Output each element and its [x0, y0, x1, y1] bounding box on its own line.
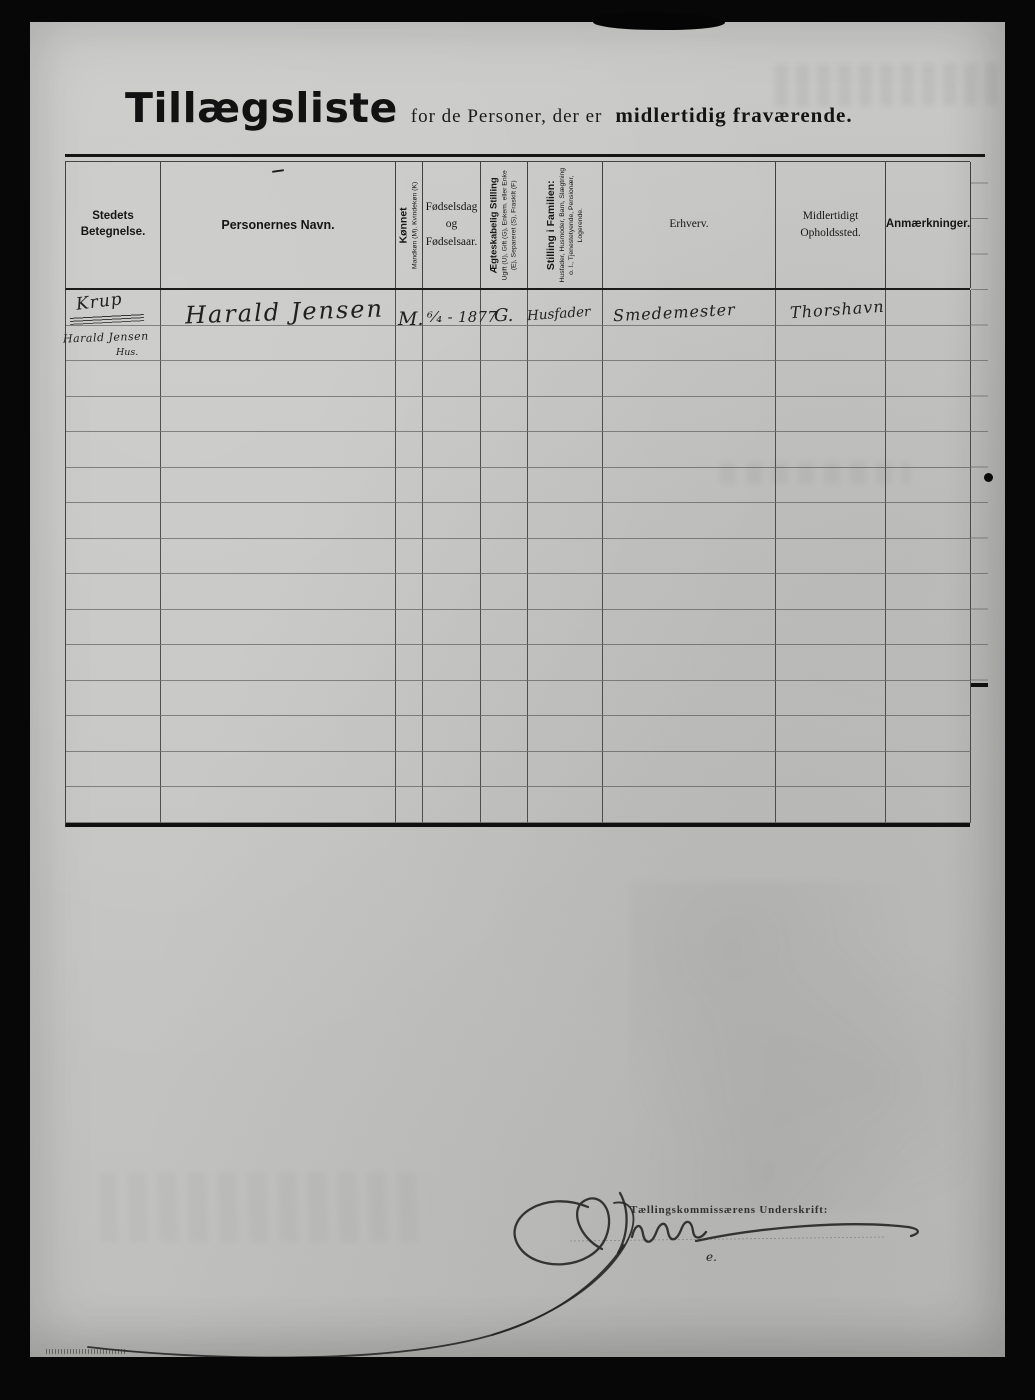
pen-mark: [272, 169, 284, 173]
page-title: Tillægsliste for de Personer, der er mid…: [125, 84, 853, 132]
table-cell: [528, 645, 603, 681]
table-cell: [603, 326, 776, 362]
table-cell: [161, 468, 396, 504]
table-row: [66, 716, 970, 752]
table-cell: [66, 539, 161, 575]
table-cell: [423, 326, 481, 362]
table-cell: [886, 716, 971, 752]
ruled-line-overrun: [971, 148, 988, 685]
table-cell: [161, 610, 396, 646]
table-cell: [776, 397, 886, 433]
table-cell: [423, 574, 481, 610]
column-header-birth: Fødselsdag og Fødselsaar.: [423, 162, 481, 288]
table-cell: [396, 752, 423, 788]
table-row: [66, 574, 970, 610]
column-header-residence: Midlertidigt Opholdssted.: [776, 162, 886, 288]
table-cell: [423, 787, 481, 823]
table-row: [66, 787, 970, 823]
table-cell: [423, 468, 481, 504]
column-header-family-sub: Husfader, Husmoder, Barn, Slægtning o. l…: [559, 167, 585, 283]
title-mid: for de Personer, der er: [411, 106, 603, 128]
table-cell: [603, 503, 776, 539]
table-cell: [603, 645, 776, 681]
ruled-line-overrun: [971, 683, 988, 687]
table-cell: [776, 361, 886, 397]
table-cell: [886, 787, 971, 823]
table-cell: [776, 468, 886, 504]
entry-sex: M.: [398, 308, 424, 330]
table-cell: [481, 610, 528, 646]
table-cell: [423, 681, 481, 717]
table-row: [66, 610, 970, 646]
census-table: Stedets Betegnelse. Personernes Navn. Kø…: [65, 161, 970, 827]
column-header-marital-sub: Ugift (U), Gift (G), Enkem. eller Enke (…: [502, 167, 520, 283]
table-cell: [776, 645, 886, 681]
table-cell: [66, 503, 161, 539]
table-cell: [481, 752, 528, 788]
table-cell: [481, 716, 528, 752]
table-cell: [481, 361, 528, 397]
table-cell: [528, 326, 603, 362]
table-cell: [776, 610, 886, 646]
table-cell: [886, 610, 971, 646]
title-rule: [65, 154, 985, 157]
table-cell: [603, 468, 776, 504]
column-header-family-main: Stilling i Familien:: [545, 180, 557, 270]
table-row: [66, 752, 970, 788]
table-cell: [66, 468, 161, 504]
table-cell: [396, 787, 423, 823]
table-cell: [528, 539, 603, 575]
table-cell: [161, 397, 396, 433]
column-header-occupation: Erhverv.: [603, 162, 776, 288]
table-cell: [161, 574, 396, 610]
table-cell: [161, 503, 396, 539]
table-row: [66, 539, 970, 575]
table-cell: [481, 787, 528, 823]
table-cell: [423, 752, 481, 788]
table-body: [65, 290, 970, 827]
table-cell: [886, 539, 971, 575]
table-cell: [423, 716, 481, 752]
table-cell: [396, 716, 423, 752]
entry-birthdate: ⁶⁄₄ - 1877: [427, 310, 497, 326]
table-cell: [161, 716, 396, 752]
table-cell: [481, 645, 528, 681]
table-cell: [603, 681, 776, 717]
table-cell: [886, 361, 971, 397]
table-cell: [481, 397, 528, 433]
table-cell: [161, 361, 396, 397]
table-cell: [886, 290, 971, 326]
table-cell: [603, 539, 776, 575]
table-cell: [423, 539, 481, 575]
table-cell: [66, 610, 161, 646]
column-header-family: Stilling i Familien: Husfader, Husmoder,…: [528, 162, 603, 288]
table-cell: [886, 574, 971, 610]
table-cell: [481, 432, 528, 468]
paper-sheet: Tillægsliste for de Personer, der er mid…: [30, 22, 1005, 1357]
table-cell: [528, 397, 603, 433]
table-cell: [396, 468, 423, 504]
table-row: [66, 645, 970, 681]
table-cell: [423, 645, 481, 681]
table-cell: [528, 681, 603, 717]
table-cell: [481, 681, 528, 717]
table-cell: [423, 432, 481, 468]
scanned-census-page: { "document": { "title_main": "Tillægsli…: [0, 0, 1035, 1400]
table-cell: [776, 539, 886, 575]
table-cell: [396, 539, 423, 575]
table-cell: [528, 574, 603, 610]
table-row: [66, 468, 970, 504]
table-cell: [603, 716, 776, 752]
scan-artifact-dot: [984, 473, 993, 482]
title-emphasis: midlertidig fraværende.: [615, 103, 852, 128]
column-header-name: Personernes Navn.: [161, 162, 396, 288]
table-cell: [161, 326, 396, 362]
table-cell: [66, 752, 161, 788]
table-cell: [66, 574, 161, 610]
table-cell: [481, 468, 528, 504]
table-cell: [66, 645, 161, 681]
table-cell: [776, 752, 886, 788]
table-cell: [528, 787, 603, 823]
table-cell: [396, 681, 423, 717]
table-cell: [396, 503, 423, 539]
table-cell: [603, 361, 776, 397]
title-main: Tillægsliste: [125, 84, 398, 132]
table-cell: [481, 539, 528, 575]
table-row: [66, 681, 970, 717]
column-header-sex-sub: Mandkøn (M). Kvindekøn (K): [412, 181, 421, 268]
table-cell: [396, 361, 423, 397]
bleedthrough-smudge: [630, 882, 970, 1212]
table-cell: [886, 326, 971, 362]
table-cell: [481, 326, 528, 362]
table-cell: [396, 397, 423, 433]
column-header-remarks: Anmærkninger.: [886, 162, 971, 288]
table-cell: [161, 645, 396, 681]
table-cell: [396, 610, 423, 646]
table-cell: [396, 326, 423, 362]
table-cell: [886, 432, 971, 468]
column-header-sex: Kønnet Mandkøn (M). Kvindekøn (K): [396, 162, 423, 288]
table-cell: [603, 397, 776, 433]
commissioner-signature: [40, 1187, 940, 1357]
table-cell: [886, 752, 971, 788]
table-cell: [161, 752, 396, 788]
table-cell: [396, 432, 423, 468]
table-cell: [423, 503, 481, 539]
table-cell: [161, 539, 396, 575]
table-cell: [66, 397, 161, 433]
table-cell: [528, 503, 603, 539]
table-cell: [603, 610, 776, 646]
table-cell: [886, 468, 971, 504]
table-cell: [66, 361, 161, 397]
table-cell: [603, 574, 776, 610]
table-row: [66, 503, 970, 539]
table-cell: [66, 716, 161, 752]
table-cell: [886, 397, 971, 433]
table-cell: [528, 432, 603, 468]
table-cell: [396, 574, 423, 610]
table-row: [66, 326, 970, 362]
column-header-sex-main: Kønnet: [398, 207, 410, 243]
table-cell: [603, 752, 776, 788]
table-cell: [776, 432, 886, 468]
table-cell: [886, 503, 971, 539]
table-cell: [481, 574, 528, 610]
entry-place-sub: Hus.: [116, 347, 138, 358]
table-cell: [423, 361, 481, 397]
table-cell: [396, 645, 423, 681]
table-row: [66, 361, 970, 397]
table-cell: [528, 716, 603, 752]
column-header-place: Stedets Betegnelse.: [66, 162, 161, 288]
table-cell: [776, 681, 886, 717]
table-cell: [161, 681, 396, 717]
table-cell: [66, 787, 161, 823]
table-cell: [481, 503, 528, 539]
table-cell: [886, 645, 971, 681]
table-cell: [603, 787, 776, 823]
table-cell: [528, 610, 603, 646]
table-header-row: Stedets Betegnelse. Personernes Navn. Kø…: [65, 161, 970, 290]
table-cell: [66, 432, 161, 468]
table-cell: [423, 610, 481, 646]
column-header-marital-main: Ægteskabelig Stilling: [489, 177, 500, 273]
table-cell: [528, 468, 603, 504]
table-row: [66, 397, 970, 433]
table-cell: [528, 752, 603, 788]
table-cell: [776, 574, 886, 610]
column-header-marital: Ægteskabelig Stilling Ugift (U), Gift (G…: [481, 162, 528, 288]
table-cell: [603, 432, 776, 468]
table-cell: [528, 361, 603, 397]
entry-marital-status: G.: [494, 305, 513, 326]
table-row: [66, 432, 970, 468]
table-cell: [66, 681, 161, 717]
table-cell: [886, 681, 971, 717]
table-cell: [776, 716, 886, 752]
table-cell: [776, 503, 886, 539]
table-cell: [161, 432, 396, 468]
table-cell: [161, 787, 396, 823]
table-cell: [776, 326, 886, 362]
table-cell: [776, 787, 886, 823]
table-cell: [423, 397, 481, 433]
